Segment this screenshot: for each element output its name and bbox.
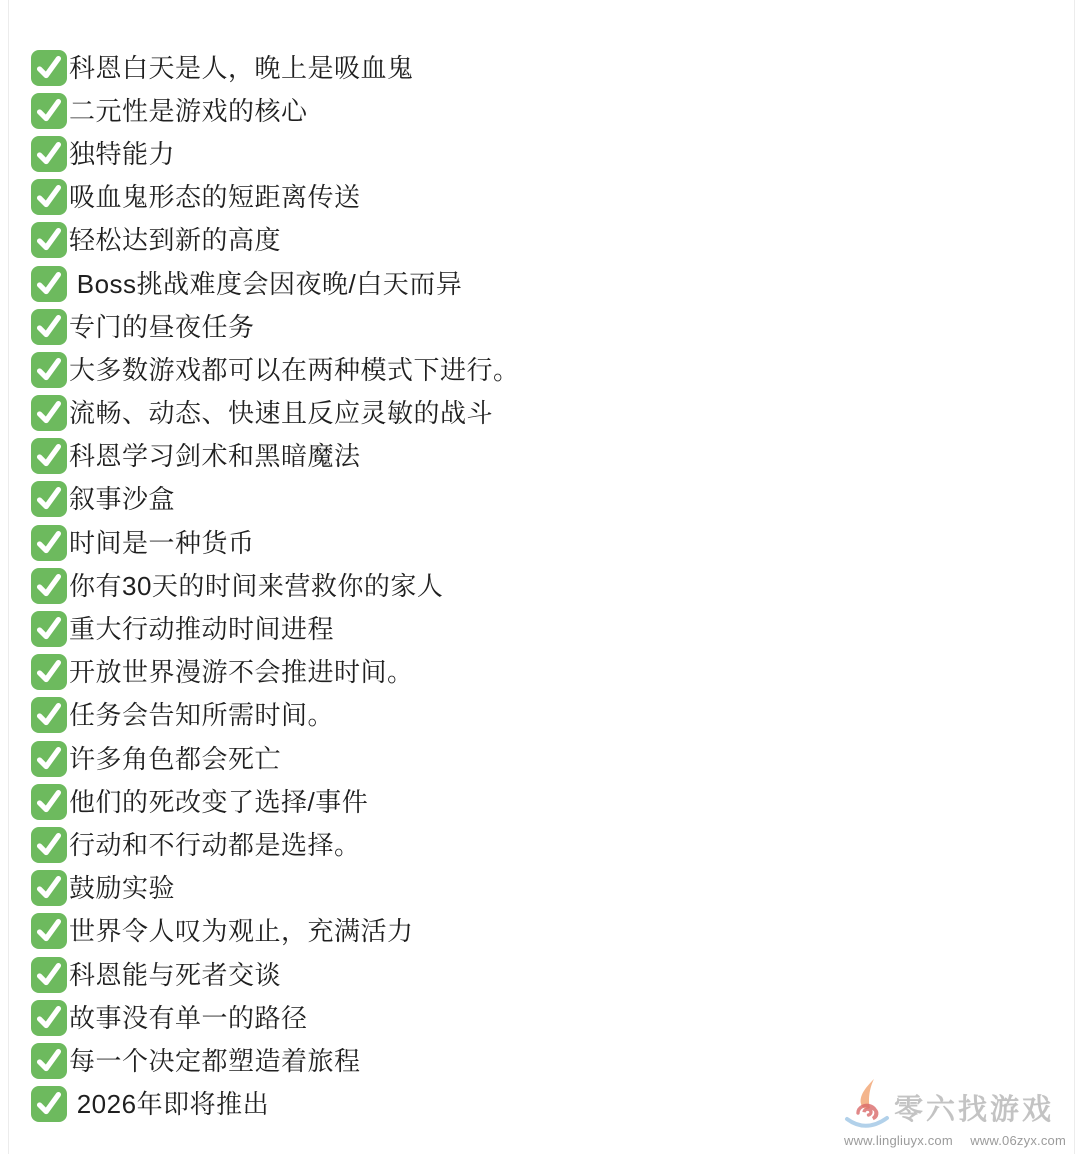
check-icon — [31, 352, 67, 388]
list-item: 流畅、动态、快速且反应灵敏的战斗 — [31, 392, 1060, 435]
list-item: 开放世界漫游不会推进时间。 — [31, 651, 1060, 694]
check-icon — [31, 93, 67, 129]
list-item: 鼓励实验 — [31, 867, 1060, 910]
check-icon — [31, 525, 67, 561]
list-item: 吸血鬼形态的短距离传送 — [31, 176, 1060, 219]
list-item-text: 独特能力 — [69, 141, 175, 167]
list-item-text: 大多数游戏都可以在两种模式下进行。 — [69, 357, 520, 383]
list-item-text: 你有30天的时间来营救你的家人 — [69, 573, 443, 599]
list-item-text: 轻松达到新的高度 — [69, 227, 281, 253]
list-item: Boss挑战难度会因夜晚/白天而异 — [31, 262, 1060, 305]
watermark-brand-text: 零六找游戏 — [894, 1087, 1054, 1128]
list-item-text: 每一个决定都塑造着旅程 — [69, 1048, 361, 1074]
list-item: 他们的死改变了选择/事件 — [31, 780, 1060, 823]
list-item-text: 鼓励实验 — [69, 875, 175, 901]
check-icon — [31, 1086, 67, 1122]
check-icon — [31, 1043, 67, 1079]
check-icon — [31, 741, 67, 777]
check-icon — [31, 222, 67, 258]
check-icon — [31, 913, 67, 949]
check-icon — [31, 481, 67, 517]
checklist: 科恩白天是人，晚上是吸血鬼 二元性是游戏的核心 独特能力 — [31, 46, 1060, 1126]
list-item-text: Boss挑战难度会因夜晚/白天而异 — [69, 271, 462, 297]
swirl-logo-icon — [844, 1077, 890, 1133]
check-icon — [31, 654, 67, 690]
list-item: 叙事沙盒 — [31, 478, 1060, 521]
check-icon — [31, 611, 67, 647]
list-item: 世界令人叹为观止，充满活力 — [31, 910, 1060, 953]
list-item: 二元性是游戏的核心 — [31, 89, 1060, 132]
list-item-text: 叙事沙盒 — [69, 486, 175, 512]
check-icon — [31, 1000, 67, 1036]
list-item: 科恩学习剑术和黑暗魔法 — [31, 435, 1060, 478]
check-icon — [31, 266, 67, 302]
list-item-text: 开放世界漫游不会推进时间。 — [69, 659, 414, 685]
list-item-text: 2026年即将推出 — [69, 1091, 269, 1117]
list-item-text: 吸血鬼形态的短距离传送 — [69, 184, 361, 210]
list-item: 重大行动推动时间进程 — [31, 607, 1060, 650]
list-item-text: 任务会告知所需时间。 — [69, 702, 334, 728]
list-item: 独特能力 — [31, 132, 1060, 175]
list-item: 每一个决定都塑造着旅程 — [31, 1039, 1060, 1082]
list-item-text: 世界令人叹为观止，充满活力 — [69, 918, 414, 944]
check-icon — [31, 827, 67, 863]
list-item: 时间是一种货币 — [31, 521, 1060, 564]
page: 科恩白天是人，晚上是吸血鬼 二元性是游戏的核心 独特能力 — [0, 0, 1080, 1154]
check-icon — [31, 309, 67, 345]
list-item-text: 他们的死改变了选择/事件 — [69, 789, 368, 815]
check-icon — [31, 697, 67, 733]
watermark-url-left: www.lingliuyx.com — [844, 1133, 953, 1148]
check-icon — [31, 870, 67, 906]
list-item-text: 许多角色都会死亡 — [69, 746, 281, 772]
check-icon — [31, 50, 67, 86]
list-item: 任务会告知所需时间。 — [31, 694, 1060, 737]
check-icon — [31, 568, 67, 604]
list-item-text: 专门的昼夜任务 — [69, 314, 255, 340]
check-icon — [31, 784, 67, 820]
list-item: 专门的昼夜任务 — [31, 305, 1060, 348]
watermark-top-row: 零六找游戏 — [844, 1082, 1066, 1132]
check-icon — [31, 395, 67, 431]
watermark: 零六找游戏 www.lingliuyx.com www.06zyx.com — [844, 1082, 1066, 1148]
check-icon — [31, 179, 67, 215]
list-item-text: 行动和不行动都是选择。 — [69, 832, 361, 858]
list-item-text: 二元性是游戏的核心 — [69, 98, 308, 124]
check-icon — [31, 957, 67, 993]
list-item-text: 时间是一种货币 — [69, 530, 255, 556]
watermark-urls: www.lingliuyx.com www.06zyx.com — [844, 1133, 1066, 1148]
watermark-url-right: www.06zyx.com — [970, 1133, 1066, 1148]
list-item: 轻松达到新的高度 — [31, 219, 1060, 262]
list-item: 行动和不行动都是选择。 — [31, 823, 1060, 866]
list-item-text: 重大行动推动时间进程 — [69, 616, 334, 642]
check-icon — [31, 438, 67, 474]
list-item: 你有30天的时间来营救你的家人 — [31, 564, 1060, 607]
list-item-text: 故事没有单一的路径 — [69, 1005, 308, 1031]
list-item-text: 科恩学习剑术和黑暗魔法 — [69, 443, 361, 469]
list-item-text: 流畅、动态、快速且反应灵敏的战斗 — [69, 400, 493, 426]
list-item: 大多数游戏都可以在两种模式下进行。 — [31, 348, 1060, 391]
list-item: 科恩白天是人，晚上是吸血鬼 — [31, 46, 1060, 89]
list-item: 科恩能与死者交谈 — [31, 953, 1060, 996]
list-item-text: 科恩能与死者交谈 — [69, 962, 281, 988]
list-item: 故事没有单一的路径 — [31, 996, 1060, 1039]
check-icon — [31, 136, 67, 172]
list-item: 许多角色都会死亡 — [31, 737, 1060, 780]
list-item-text: 科恩白天是人，晚上是吸血鬼 — [69, 55, 414, 81]
